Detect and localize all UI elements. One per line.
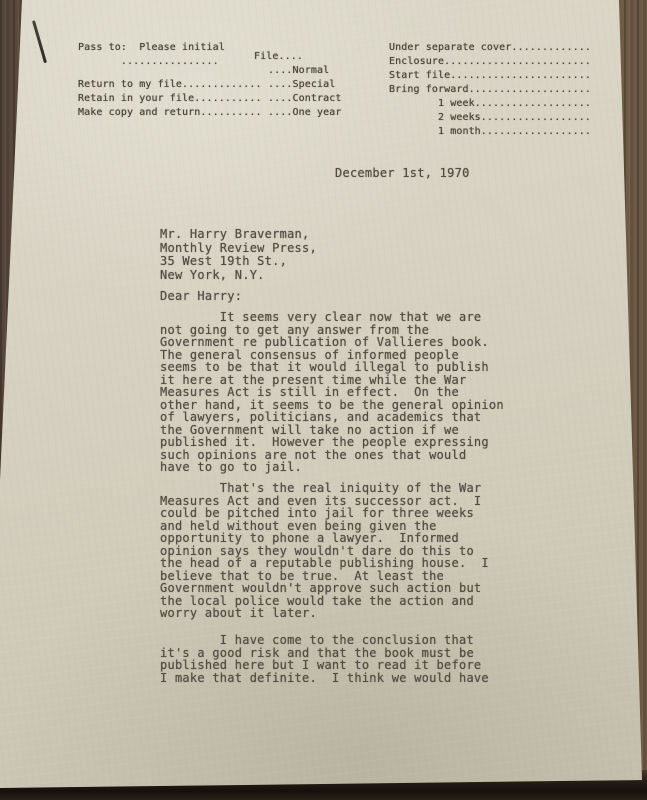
letter-paragraph: It seems very clear now that we are not … — [160, 311, 504, 474]
letter-date: December 1st, 1970 — [335, 167, 470, 180]
stamp-file-options: ....Normal ....Special ....Contract ....… — [268, 64, 341, 120]
letter-paragraph: That's the real iniquity of the War Meas… — [160, 482, 489, 620]
stamp-pass-to: Pass to: Please initial ................ — [78, 41, 225, 69]
stamp-file-header: File.... — [254, 50, 303, 64]
stamp-forward-options: Under separate cover............. Enclos… — [389, 41, 591, 139]
recipient-address: Mr. Harry Braverman, Monthly Review Pres… — [160, 228, 317, 282]
letter-paragraph: I have come to the conclusion that it's … — [160, 634, 489, 684]
letter-photo: Pass to: Please initial ................… — [0, 0, 647, 800]
stamp-file-actions: Return to my file............. Retain in… — [78, 78, 262, 120]
salutation: Dear Harry: — [160, 290, 242, 303]
